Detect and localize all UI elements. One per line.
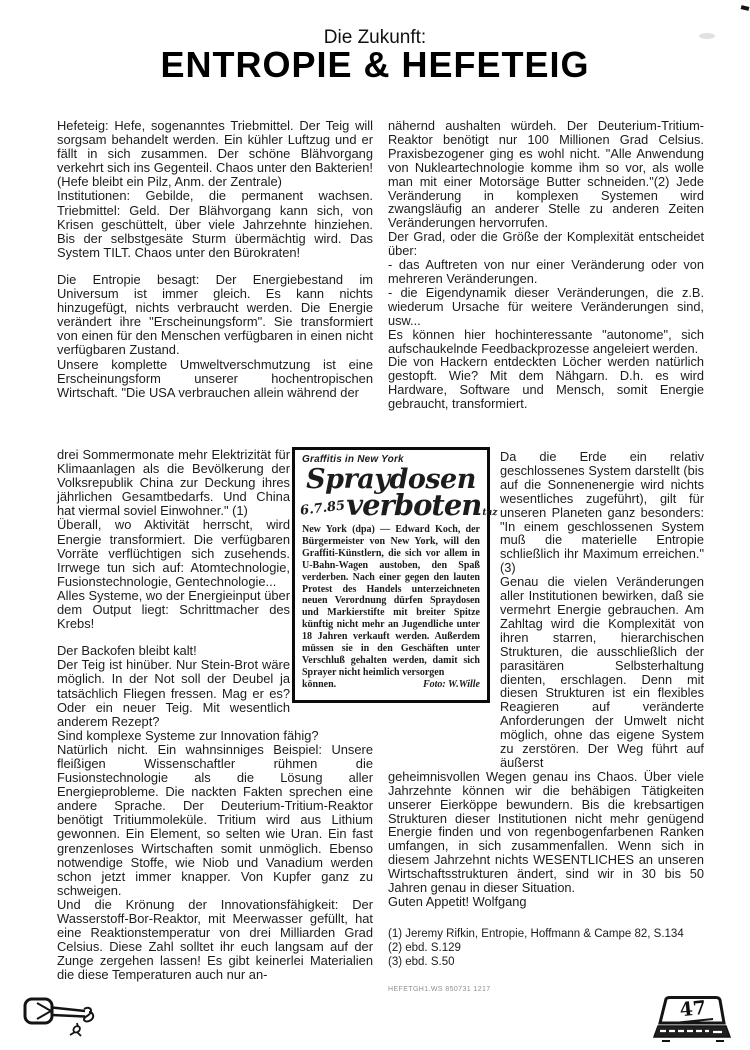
footnote: (2) ebd. S.129: [388, 941, 704, 955]
clipping-body: New York (dpa) — Edward Koch, der Bürger…: [302, 524, 480, 679]
clipping-date: 6.7.85: [299, 498, 346, 518]
right-wide-block: nähernd aushalten würdeh. Der Deuterium-…: [388, 119, 704, 450]
page-number-computer-icon: 47: [650, 996, 738, 1046]
left-wide-block-bottom: Sind komplexe Systeme zur Innovation fäh…: [57, 729, 373, 983]
footnote: (1) Jeremy Rifkin, Entropie, Hoffmann & …: [388, 927, 704, 941]
paragraph: Die Entropie besagt: Der Energiebestand …: [57, 273, 373, 358]
list-item: - das Auftreten von nur einer Veränderun…: [388, 258, 704, 286]
paragraph: nähernd aushalten würdeh. Der Deuterium-…: [388, 119, 704, 230]
magazine-page: Die Zukunft: ENTROPIE & HEFETEIG Hefetei…: [0, 0, 750, 1050]
clipping-body-end: können.: [302, 679, 336, 691]
scan-artifact-mark: [741, 5, 750, 11]
scan-artifact-smudge: [699, 33, 715, 39]
section-heading: Der Backofen bleibt kalt!: [57, 644, 290, 658]
paragraph: Unsere komplette Umweltverschmutzung ist…: [57, 358, 373, 400]
paragraph: Der Teig ist hinüber. Nur Stein-Brot wär…: [57, 658, 290, 728]
paragraph: drei Sommermonate mehr Elektrizität für …: [57, 448, 290, 518]
paragraph: Hefeteig: Hefe, sogenanntes Triebmittel.…: [57, 119, 373, 189]
paragraph: Institutionen: Gebilde, die permanent wa…: [57, 189, 373, 259]
list-item: - die Eigendynamik dieser Veränderungen,…: [388, 286, 704, 328]
clipping-headline-bottom: verboten: [346, 491, 481, 520]
newspaper-clipping: Graffitis in New York Spraydosen 6.7.85 …: [292, 447, 490, 703]
paragraph: Überall, wo Aktivität herrscht, wird Ene…: [57, 518, 290, 588]
paragraph: Es können hier hochinteressante "autonom…: [388, 328, 704, 356]
paragraph: Die von Hackern entdeckten Löcher werden…: [388, 355, 704, 411]
left-wide-block: Hefeteig: Hefe, sogenanntes Triebmittel.…: [57, 119, 373, 448]
page-number: 47: [673, 996, 713, 1024]
footnote: (3) ebd. S.50: [388, 955, 704, 969]
left-narrow-block: drei Sommermonate mehr Elektrizität für …: [57, 448, 290, 729]
paragraph: Natürlich nicht. Ein wahnsinniges Beispi…: [57, 743, 373, 898]
footnotes: (1) Jeremy Rifkin, Entropie, Hoffmann & …: [388, 927, 704, 969]
flyswatter-doodle-icon: [22, 992, 108, 1049]
article-signoff: Guten Appetit! Wolfgang: [388, 895, 704, 909]
clipping-footer-row: können. Foto: W.Wille: [302, 679, 480, 691]
paragraph: Da die Erde ein relativ geschlossenes Sy…: [500, 450, 704, 575]
page-title: ENTROPIE & HEFETEIG: [0, 44, 750, 86]
paragraph: geheimnisvollen Wegen genau ins Chaos. Ü…: [388, 770, 704, 895]
file-code: HEFETGH1.WS 850731 1217: [388, 983, 704, 997]
paragraph: Sind komplexe Systeme zur Innovation fäh…: [57, 729, 373, 743]
paragraph: Alles Systeme, wo der Energieinput über …: [57, 589, 290, 631]
clipping-source-tag: taz: [482, 508, 497, 518]
clipping-headline-row: 6.7.85 verboten taz: [300, 491, 480, 520]
paragraph: Genau die vielen Veränderungen aller Ins…: [500, 575, 704, 770]
right-wide-block-bottom: geheimnisvollen Wegen genau ins Chaos. Ü…: [388, 770, 704, 909]
right-narrow-block: Da die Erde ein relativ geschlossenes Sy…: [500, 450, 704, 770]
paragraph: Der Grad, oder die Größe der Komplexität…: [388, 230, 704, 258]
paragraph: Und die Krönung der Innovationsfähigkeit…: [57, 898, 373, 983]
clipping-photo-credit: Foto: W.Wille: [423, 679, 480, 691]
